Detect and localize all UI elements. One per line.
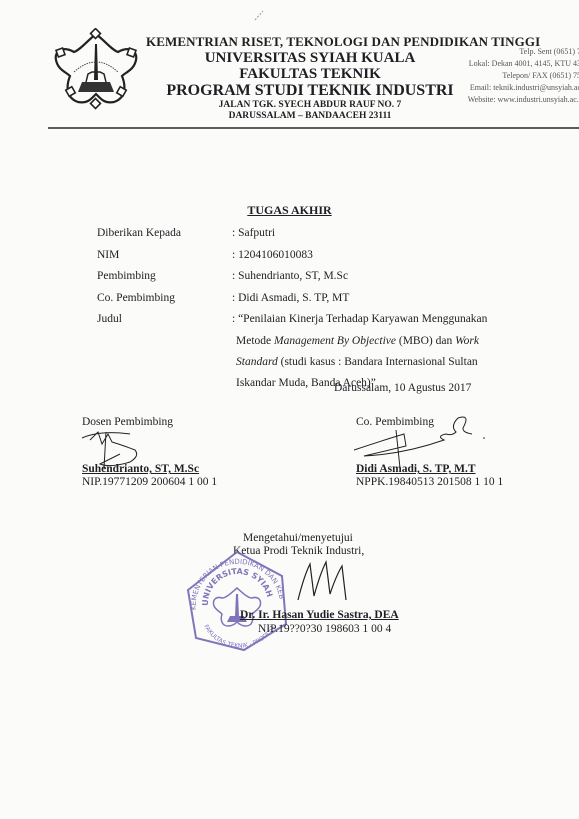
field-label-title: Judul: [97, 313, 122, 325]
faculty-stamp-icon: KEMENTERIAN PENDIDIKAN DAN KEBUDAYAAN UN…: [182, 548, 292, 654]
address-line-1: JALAN TGK. SYECH ABDUR RAUF NO. 7: [200, 100, 420, 110]
field-label-recipient: Diberikan Kepada: [97, 227, 181, 239]
svg-text:KEMENTERIAN PENDIDIKAN DAN KEB: KEMENTERIAN PENDIDIKAN DAN KEBUDAYAAN: [182, 548, 286, 610]
contact-website: Website: www.industri.unsyiah.ac.i: [441, 94, 579, 106]
contact-fax: Telepon/ FAX (0651) 75: [441, 70, 579, 82]
title-text: (studi kasus : Bandara Internasional Sul…: [278, 356, 478, 368]
field-value-nim: : 1204106010083: [232, 249, 313, 261]
stamp-outer-text: KEMENTERIAN PENDIDIKAN DAN KEBUDAYAAN: [182, 548, 286, 610]
place-date: Darussalam, 10 Agustus 2017: [334, 382, 471, 394]
title-line-3: Standard (studi kasus : Bandara Internas…: [236, 356, 478, 368]
co-supervisor-name: Didi Asmadi, S. TP, M.T: [356, 463, 476, 475]
approver-nip: NIP.19??0?30 198603 1 00 4: [258, 623, 391, 635]
title-italic-text: Work: [455, 335, 479, 347]
approval-statement: Mengetahui/menyetujui: [243, 532, 353, 544]
letterhead-divider: [48, 127, 579, 129]
approver-signature-icon: [296, 556, 356, 608]
title-text: (MBO) dan: [396, 335, 455, 347]
university-name: UNIVERSITAS SYIAH KUALA: [160, 50, 460, 67]
contact-local: Lokal: Dekan 4001, 4145, KTU 43: [441, 58, 579, 70]
field-label-supervisor: Pembimbing: [97, 270, 156, 282]
title-text: Metode: [236, 335, 274, 347]
program-name: PROGRAM STUDI TEKNIK INDUSTRI: [160, 82, 460, 100]
field-value-title: : “Penilaian Kinerja Terhadap Karyawan M…: [232, 313, 487, 325]
contact-block: Telp. Sent (0651) 7 Lokal: Dekan 4001, 4…: [441, 46, 579, 106]
field-label-co-supervisor: Co. Pembimbing: [97, 292, 175, 304]
title-line-2: Metode Management By Objective (MBO) dan…: [236, 335, 479, 347]
field-value-recipient: : Safputri: [232, 227, 275, 239]
faculty-name: FAKULTAS TEKNIK: [160, 66, 460, 83]
document-title: TUGAS AKHIR: [0, 203, 579, 218]
address-line-2: DARUSSALAM – BANDAACEH 23111: [200, 111, 420, 121]
pen-mark-icon: [252, 8, 266, 22]
contact-email: Email: teknik.industri@unsyiah.ac: [441, 82, 579, 94]
document-page: KEMENTRIAN RISET, TEKNOLOGI DAN PENDIDIK…: [0, 0, 579, 819]
university-emblem-icon: [48, 28, 144, 110]
supervisor-name: Suhendrianto, ST, M.Sc: [82, 463, 199, 475]
co-supervisor-signature-icon: [344, 410, 494, 470]
supervisor-nip: NIP.19771209 200604 1 00 1: [82, 476, 217, 488]
field-value-supervisor: : Suhendrianto, ST, M.Sc: [232, 270, 348, 282]
title-italic-text: Management By Objective: [274, 335, 396, 347]
supervisor-role: Dosen Pembimbing: [82, 416, 173, 428]
contact-phone: Telp. Sent (0651) 7: [441, 46, 579, 58]
field-value-co-supervisor: : Didi Asmadi, S. TP, MT: [232, 292, 349, 304]
title-italic-text: Standard: [236, 356, 278, 368]
approver-name: Dr. Ir. Hasan Yudie Sastra, DEA: [240, 609, 399, 621]
field-label-nim: NIM: [97, 249, 119, 261]
co-supervisor-nppk: NPPK.19840513 201508 1 10 1: [356, 476, 503, 488]
